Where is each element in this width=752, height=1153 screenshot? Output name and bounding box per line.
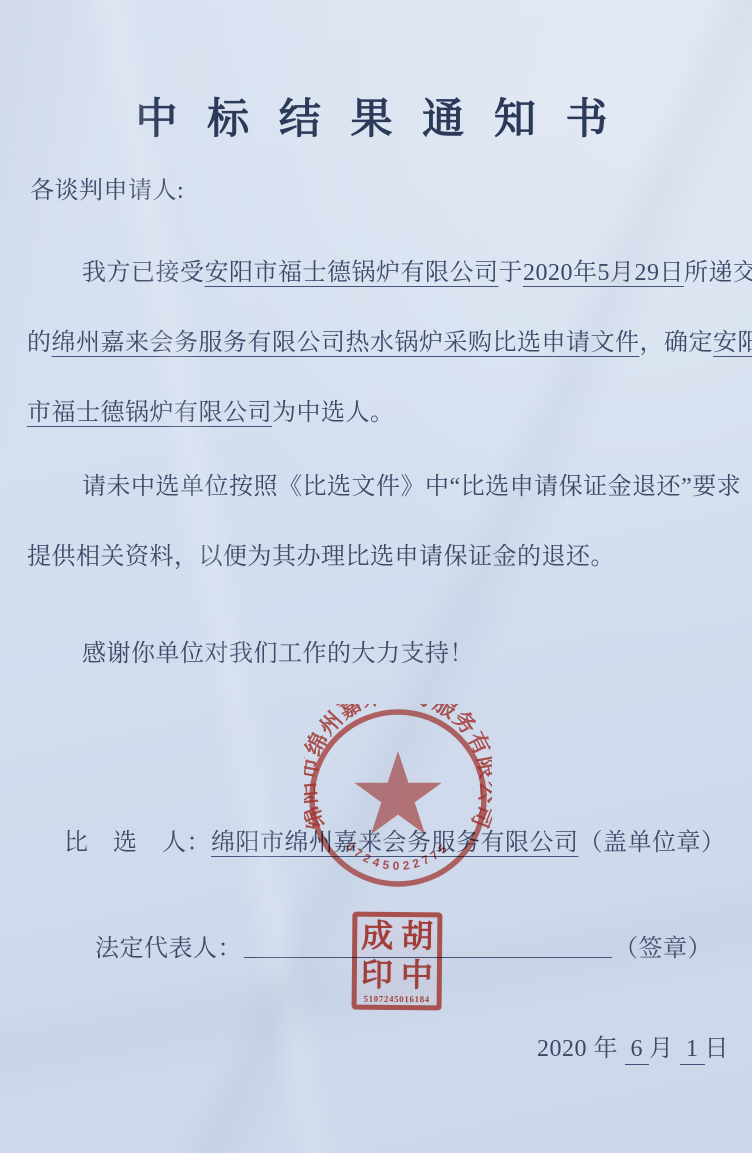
text-segment: 所递交 — [684, 260, 752, 286]
paragraph1-line2: 的绵州嘉来会务服务有限公司热水锅炉采购比选申请文件，确定安阳 — [27, 322, 752, 357]
text-segment: 的 — [27, 330, 52, 356]
submission-date: 2020年5月29日 — [523, 260, 684, 286]
text-segment: 我方已接受 — [82, 260, 205, 286]
seal-char-bottom-left: 印 — [361, 958, 393, 990]
text-segment: 为中选人。 — [272, 400, 395, 426]
paragraph1-line3: 市福士德锅炉有限公司为中选人。 — [27, 392, 395, 427]
date-line: 2020 年 6月 1日 — [537, 1028, 729, 1065]
winner-company-name-part1: 安阳 — [713, 330, 752, 356]
thanks-line: 感谢你单位对我们工作的大力支持！ — [82, 633, 474, 668]
text-segment: ，确定 — [640, 330, 714, 356]
seal-star-icon — [354, 751, 441, 834]
date-year: 2020 年 — [537, 1036, 618, 1062]
date-month-value: 6 — [625, 1036, 650, 1065]
seal-number-text: 07245022775 — [343, 839, 452, 873]
seal-char-top-left: 成 — [361, 920, 393, 952]
date-day-label: 日 — [705, 1036, 730, 1062]
salutation: 各谈判申请人: — [30, 170, 184, 205]
winner-company-name: 安阳市福士德锅炉有限公司 — [205, 260, 499, 286]
legal-rep-label: 法定代表人： — [95, 936, 242, 962]
selector-suffix: （盖单位章） — [579, 830, 726, 856]
paragraph1-line1: 我方已接受安阳市福士德锅炉有限公司于2020年5月29日所递交 — [82, 252, 752, 287]
legal-rep-suffix: （签章） — [614, 936, 712, 962]
seal-char-bottom-right: 中 — [401, 959, 433, 991]
selector-label: 比 选 人： — [64, 830, 211, 856]
paragraph2-line1: 请未中选单位按照《比选文件》中“比选申请保证金退还”要求 — [82, 466, 741, 501]
round-company-seal: 绵阳市绵州嘉来会务服务有限公司 07245022775 — [304, 704, 492, 892]
svg-text:07245022775: 07245022775 — [343, 839, 452, 873]
date-day-value: 1 — [680, 1036, 705, 1065]
document-page: { "document": { "title": "中 标 结 果 通 知 书"… — [0, 0, 752, 1153]
winner-company-name-part2: 市福士德锅炉有限公司 — [27, 400, 272, 426]
seal-serial-number: 5107245016184 — [363, 994, 429, 1006]
project-name: 绵州嘉来会务服务有限公司热水锅炉采购比选申请文件 — [52, 330, 640, 356]
date-month-label: 月 — [649, 1036, 674, 1062]
seal-char-top-right: 胡 — [401, 920, 433, 952]
page-title: 中 标 结 果 通 知 书 — [0, 86, 752, 146]
text-segment: 于 — [499, 260, 524, 286]
paragraph2-line2: 提供相关资料，以便为其办理比选申请保证金的退还。 — [27, 536, 615, 571]
square-name-seal: 成 胡 印 中 5107245016184 — [352, 912, 443, 1011]
